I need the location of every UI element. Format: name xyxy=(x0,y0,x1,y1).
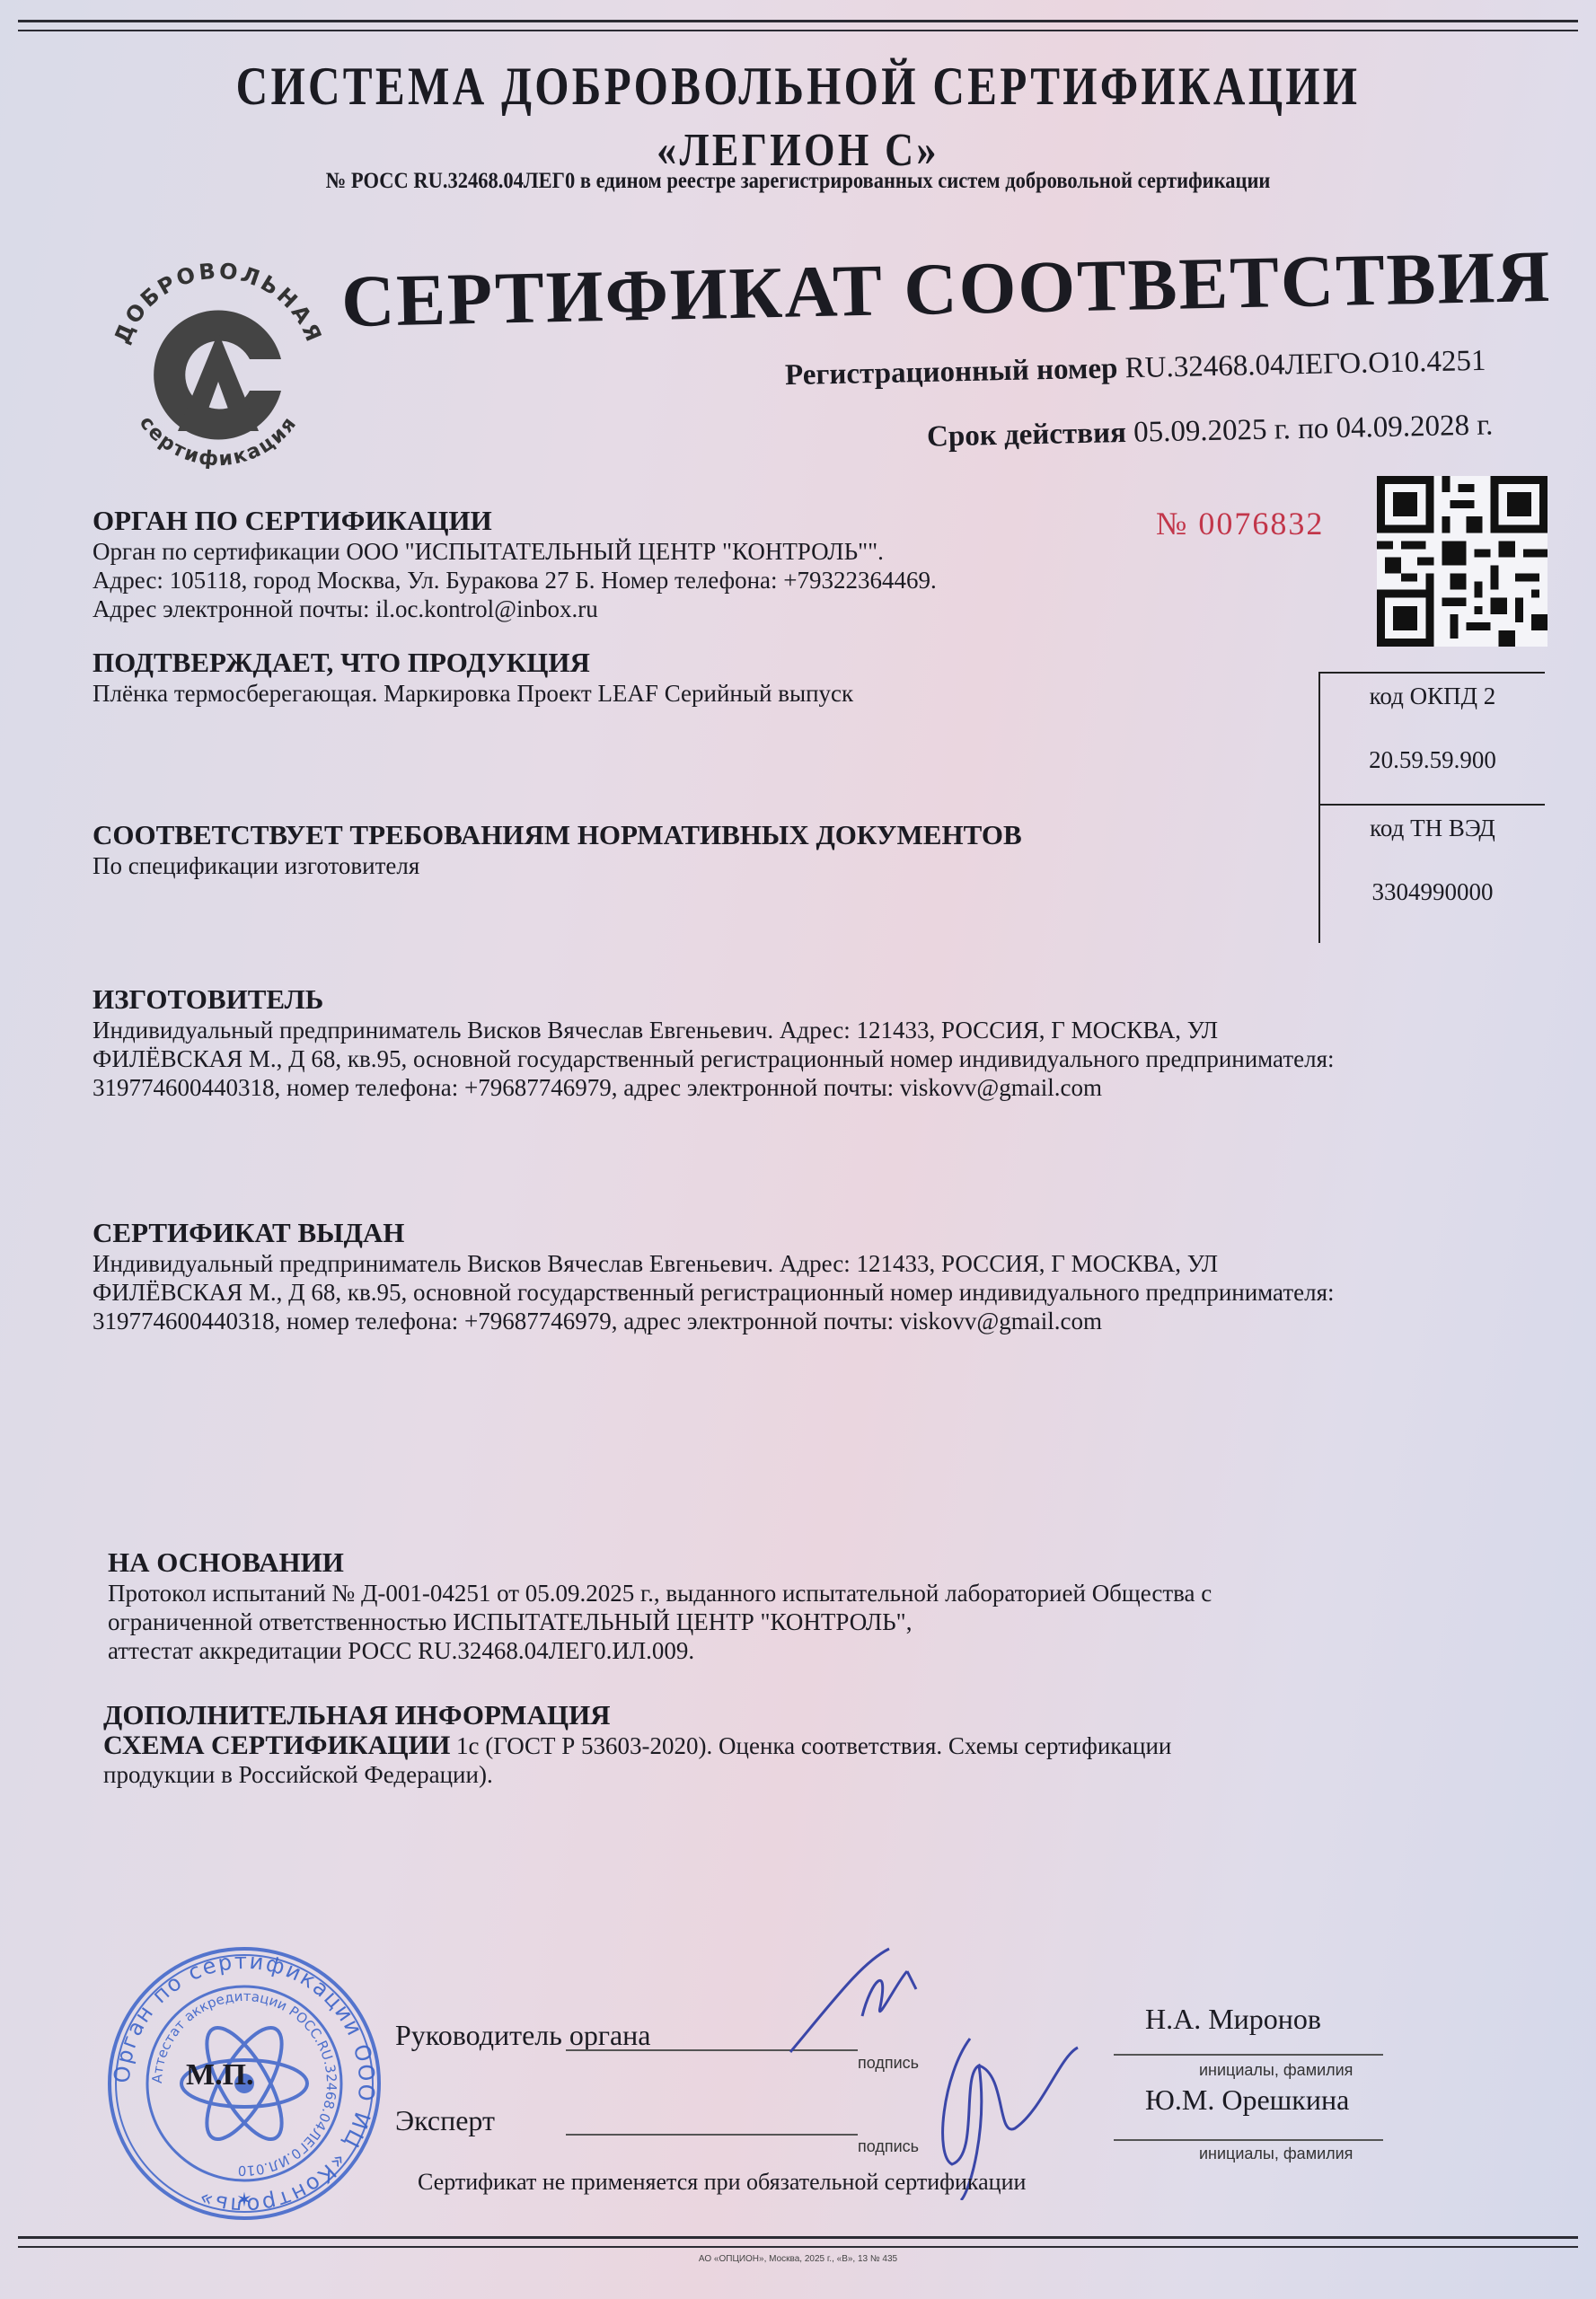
manufacturer-line: Индивидуальный предприниматель Висков Вя… xyxy=(93,1016,1335,1044)
expert-signature-caption: подпись xyxy=(858,2137,919,2156)
qr-code-icon xyxy=(1377,476,1548,647)
product-heading: ПОДТВЕРЖДАЕТ, ЧТО ПРОДУКЦИЯ xyxy=(93,647,853,679)
product-section: ПОДТВЕРЖДАЕТ, ЧТО ПРОДУКЦИЯ Плёнка термо… xyxy=(93,647,853,708)
seal-placeholder-label: М.П. xyxy=(186,2058,254,2092)
scheme-label: СХЕМА СЕРТИФИКАЦИИ xyxy=(103,1731,450,1760)
issued-to-section: СЕРТИФИКАТ ВЫДАН Индивидуальный предприн… xyxy=(93,1217,1335,1335)
certification-body-line: Адрес электронной почты: il.oc.kontrol@i… xyxy=(93,595,937,623)
certification-body-line: Орган по сертификации ООО "ИСПЫТАТЕЛЬНЫЙ… xyxy=(93,537,937,566)
additional-info-section: ДОПОЛНИТЕЛЬНАЯ ИНФОРМАЦИЯ СХЕМА СЕРТИФИК… xyxy=(103,1699,1171,1789)
validity-label: Срок действия xyxy=(927,417,1127,454)
head-name: Н.А. Миронов xyxy=(1145,2003,1321,2036)
issued-to-line: Индивидуальный предприниматель Висков Вя… xyxy=(93,1249,1335,1278)
tnved-label: код ТН ВЭД xyxy=(1320,806,1545,842)
requirements-heading: СООТВЕТСТВУЕТ ТРЕБОВАНИЯМ НОРМАТИВНЫХ ДО… xyxy=(93,819,1022,851)
issued-to-line: ФИЛЁВСКАЯ М., Д 68, кв.95, основной госу… xyxy=(93,1278,1335,1307)
manufacturer-line: ФИЛЁВСКАЯ М., Д 68, кв.95, основной госу… xyxy=(93,1044,1335,1073)
product-text: Плёнка термосберегающая. Маркировка Прое… xyxy=(93,679,853,708)
validity-period: Срок действия 05.09.2025 г. по 04.09.202… xyxy=(927,409,1494,454)
head-of-body-label: Руководитель органа xyxy=(395,2019,651,2052)
tnved-code-cell: код ТН ВЭД 3304990000 xyxy=(1320,806,1545,936)
basis-section: НА ОСНОВАНИИ Протокол испытаний № Д-001-… xyxy=(108,1546,1212,1665)
classification-codes-box: код ОКПД 2 20.59.59.900 код ТН ВЭД 33049… xyxy=(1318,672,1545,943)
certification-body-heading: ОРГАН ПО СЕРТИФИКАЦИИ xyxy=(93,505,937,537)
scheme-text-cont: продукции в Российской Федерации). xyxy=(103,1760,1171,1789)
requirements-text: По спецификации изготовителя xyxy=(93,851,1022,880)
certification-body-section: ОРГАН ПО СЕРТИФИКАЦИИ Орган по сертифика… xyxy=(93,505,937,623)
expert-label: Эксперт xyxy=(395,2104,495,2137)
registration-number-label: Регистрационный номер xyxy=(785,352,1118,392)
expert-name: Ю.М. Орешкина xyxy=(1145,2083,1349,2117)
additional-info-heading: ДОПОЛНИТЕЛЬНАЯ ИНФОРМАЦИЯ xyxy=(103,1699,1171,1731)
manufacturer-heading: ИЗГОТОВИТЕЛЬ xyxy=(93,983,1335,1016)
certificate-title: СЕРТИФИКАТ СООТВЕТСТВИЯ xyxy=(340,234,1552,344)
svg-text:✶: ✶ xyxy=(236,2189,252,2211)
manufacturer-section: ИЗГОТОВИТЕЛЬ Индивидуальный предпринимат… xyxy=(93,983,1335,1102)
expert-name-line xyxy=(1114,2139,1383,2141)
requirements-section: СООТВЕТСТВУЕТ ТРЕБОВАНИЯМ НОРМАТИВНЫХ ДО… xyxy=(93,819,1022,880)
serial-number: № 0076832 xyxy=(1156,505,1324,542)
head-name-line xyxy=(1114,2054,1383,2056)
certification-scheme: СХЕМА СЕРТИФИКАЦИИ 1с (ГОСТ Р 53603-2020… xyxy=(103,1731,1171,1760)
okpd2-value: 20.59.59.900 xyxy=(1320,710,1545,774)
disclaimer: Сертификат не применяется при обязательн… xyxy=(418,2169,1026,2196)
issued-to-heading: СЕРТИФИКАТ ВЫДАН xyxy=(93,1217,1335,1249)
manufacturer-line: 319774600440318, номер телефона: +796877… xyxy=(93,1073,1335,1102)
expert-name-caption: инициалы, фамилия xyxy=(1199,2145,1353,2163)
voluntary-certification-logo-icon: ДОБРОВОЛЬНАЯ сертификация xyxy=(97,247,339,480)
bottom-border xyxy=(18,2236,1578,2248)
tnved-value: 3304990000 xyxy=(1320,842,1545,906)
expert-signature-line xyxy=(566,2134,858,2136)
validity-value: 05.09.2025 г. по 04.09.2028 г. xyxy=(1133,409,1494,448)
registration-number: Регистрационный номер RU.32468.04ЛЕГО.О1… xyxy=(785,345,1486,392)
system-registry-note: № РОСС RU.32468.04ЛЕГ0 в едином реестре … xyxy=(80,169,1516,194)
registration-number-value: RU.32468.04ЛЕГО.О10.4251 xyxy=(1124,345,1486,384)
system-title: СИСТЕМА ДОБРОВОЛЬНОЙ СЕРТИФИКАЦИИ xyxy=(144,56,1452,118)
basis-line: ограниченной ответственностью ИСПЫТАТЕЛЬ… xyxy=(108,1608,1212,1636)
okpd2-label: код ОКПД 2 xyxy=(1320,674,1545,710)
printer-imprint: АО «ОПЦИОН», Москва, 2025 г., «В», 13 № … xyxy=(0,2254,1596,2264)
okpd2-code-cell: код ОКПД 2 20.59.59.900 xyxy=(1320,674,1545,806)
issued-to-line: 319774600440318, номер телефона: +796877… xyxy=(93,1307,1335,1335)
basis-line: Протокол испытаний № Д-001-04251 от 05.0… xyxy=(108,1579,1212,1608)
scheme-text: 1с (ГОСТ Р 53603-2020). Оценка соответст… xyxy=(456,1732,1171,1759)
top-border xyxy=(18,20,1578,31)
basis-heading: НА ОСНОВАНИИ xyxy=(108,1546,1212,1579)
certification-body-line: Адрес: 105118, город Москва, Ул. Бураков… xyxy=(93,566,937,595)
basis-line: аттестат аккредитации РОСС RU.32468.04ЛЕ… xyxy=(108,1636,1212,1665)
head-name-caption: инициалы, фамилия xyxy=(1199,2061,1353,2080)
